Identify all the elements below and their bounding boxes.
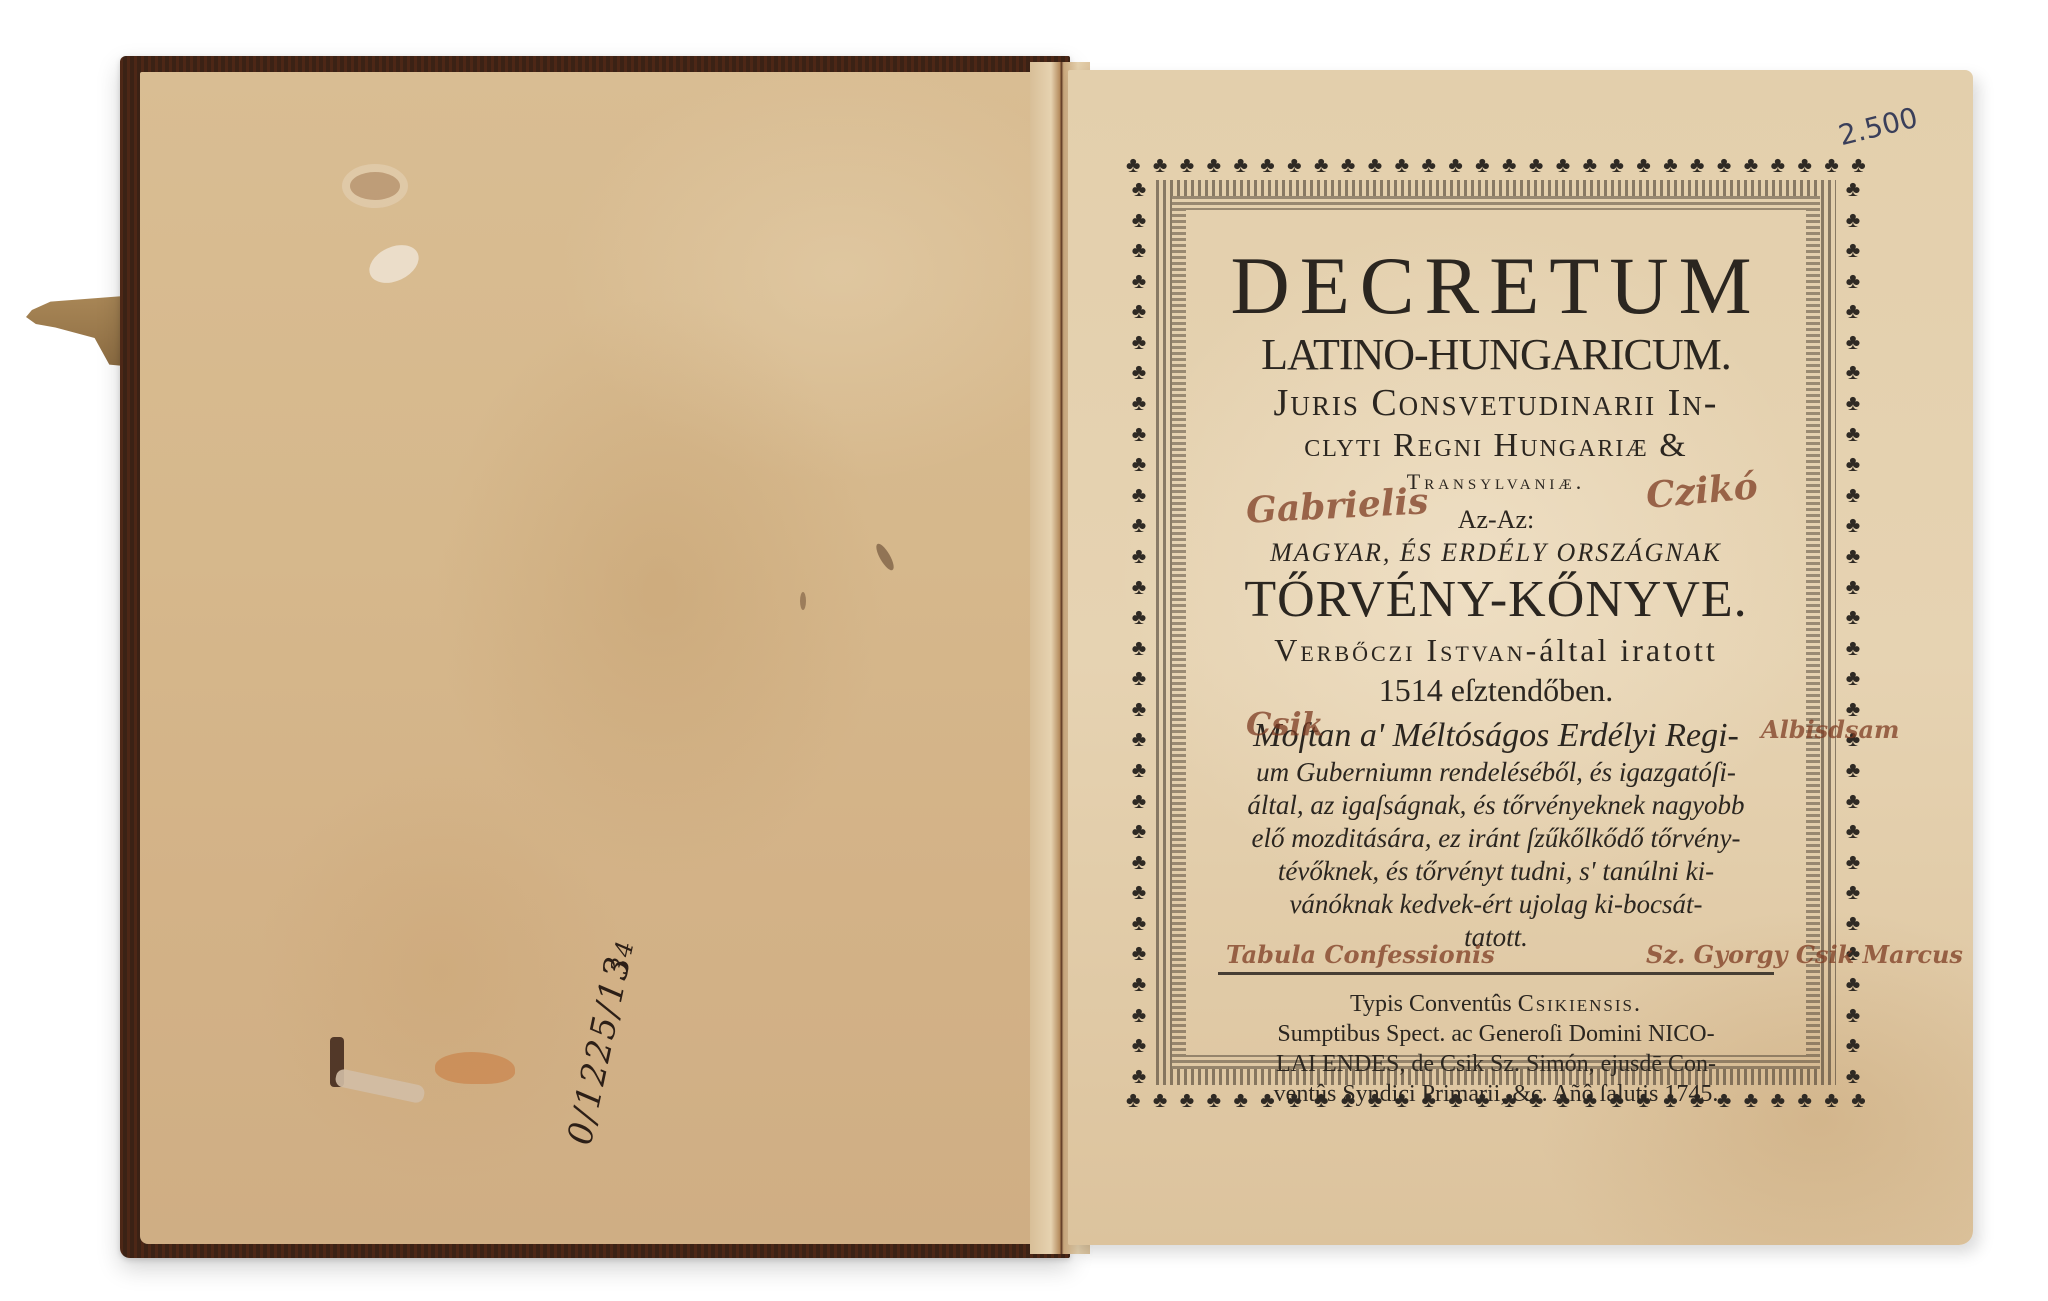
title-torveny-konyve: TŐRVÉNY-KŐNYVE. <box>1208 570 1784 630</box>
clover-ornament-icon: ♣ <box>1126 726 1152 752</box>
clover-ornament-icon: ♣ <box>1153 1085 1167 1115</box>
clover-ornament-icon: ♣ <box>1840 207 1866 233</box>
clover-ornament-icon: ♣ <box>1840 268 1866 294</box>
clover-ornament-icon: ♣ <box>1636 150 1650 180</box>
pencil-price: 2.500 <box>1835 101 1921 152</box>
stain <box>350 172 400 200</box>
clover-ornament-icon: ♣ <box>1341 150 1355 180</box>
clover-ornament-icon: ♣ <box>1556 150 1570 180</box>
clover-ornament-icon: ♣ <box>1153 150 1167 180</box>
clover-ornament-icon: ♣ <box>1840 849 1866 875</box>
clover-ornament-icon: ♣ <box>1126 298 1152 324</box>
clover-border-top: ♣♣♣♣♣♣♣♣♣♣♣♣♣♣♣♣♣♣♣♣♣♣♣♣♣♣♣♣ <box>1126 150 1866 180</box>
clover-ornament-icon: ♣ <box>1529 150 1543 180</box>
clover-ornament-icon: ♣ <box>1126 482 1152 508</box>
clover-ornament-icon: ♣ <box>1717 150 1731 180</box>
clover-ornament-icon: ♣ <box>1840 329 1866 355</box>
clover-ornament-icon: ♣ <box>1126 1085 1140 1115</box>
clover-ornament-icon: ♣ <box>1771 150 1785 180</box>
clover-ornament-icon: ♣ <box>1126 849 1152 875</box>
body-text: Moſtan a' Méltóságos Erdélyi Regi- um Gu… <box>1208 716 1784 954</box>
clover-ornament-icon: ♣ <box>1840 1032 1866 1058</box>
clover-ornament-icon: ♣ <box>1126 910 1152 936</box>
divider-rule <box>1218 972 1774 975</box>
manuscript-annotation: Csik <box>1246 705 1324 743</box>
clover-ornament-icon: ♣ <box>1395 150 1409 180</box>
clover-ornament-icon: ♣ <box>1126 788 1152 814</box>
clover-ornament-icon: ♣ <box>1840 237 1866 263</box>
stain <box>334 1068 426 1104</box>
ornamental-border: ♣♣♣♣♣♣♣♣♣♣♣♣♣♣♣♣♣♣♣♣♣♣♣♣♣♣♣♣ ♣♣♣♣♣♣♣♣♣♣♣… <box>1126 150 1866 1115</box>
clover-ornament-icon: ♣ <box>1840 176 1866 202</box>
clover-ornament-icon: ♣ <box>1824 150 1838 180</box>
title-juris: Juris Consvetudinarii In- <box>1208 380 1784 426</box>
clover-ornament-icon: ♣ <box>1840 574 1866 600</box>
clover-ornament-icon: ♣ <box>1126 390 1152 416</box>
clover-ornament-icon: ♣ <box>1126 696 1152 722</box>
clover-ornament-icon: ♣ <box>1840 543 1866 569</box>
stain <box>873 542 897 573</box>
clover-ornament-icon: ♣ <box>1207 150 1221 180</box>
clover-ornament-icon: ♣ <box>1851 1085 1865 1115</box>
clover-ornament-icon: ♣ <box>1690 150 1704 180</box>
title-author: Verbőczi Istvan-által iratott <box>1208 630 1784 670</box>
clover-ornament-icon: ♣ <box>1663 150 1677 180</box>
clover-ornament-icon: ♣ <box>1824 1085 1838 1115</box>
clover-ornament-icon: ♣ <box>1840 298 1866 324</box>
clover-ornament-icon: ♣ <box>1840 390 1866 416</box>
clover-ornament-icon: ♣ <box>1260 150 1274 180</box>
clover-ornament-icon: ♣ <box>1314 150 1328 180</box>
title-magyar: MAGYAR, ÉS ERDÉLY ORSZÁGNAK <box>1208 536 1784 570</box>
clover-ornament-icon: ♣ <box>1840 604 1866 630</box>
title-year: 1514 eſztendőben. <box>1208 670 1784 710</box>
clover-ornament-icon: ♣ <box>1475 150 1489 180</box>
clover-ornament-icon: ♣ <box>1448 150 1462 180</box>
clover-ornament-icon: ♣ <box>1126 207 1152 233</box>
clover-ornament-icon: ♣ <box>1126 665 1152 691</box>
title-page: 2.500 ♣♣♣♣♣♣♣♣♣♣♣♣♣♣♣♣♣♣♣♣♣♣♣♣♣♣♣♣ ♣♣♣♣♣… <box>1068 70 1973 1245</box>
clover-ornament-icon: ♣ <box>1797 1085 1811 1115</box>
clover-ornament-icon: ♣ <box>1421 150 1435 180</box>
clover-ornament-icon: ♣ <box>1126 1002 1152 1028</box>
clover-ornament-icon: ♣ <box>1126 940 1152 966</box>
clover-ornament-icon: ♣ <box>1126 1063 1152 1089</box>
clover-ornament-icon: ♣ <box>1287 150 1301 180</box>
clover-ornament-icon: ♣ <box>1126 604 1152 630</box>
stain <box>363 238 424 291</box>
manuscript-annotation: Albisdsam <box>1761 715 1899 744</box>
clover-ornament-icon: ♣ <box>1840 512 1866 538</box>
clover-ornament-icon: ♣ <box>1126 757 1152 783</box>
stain <box>800 592 806 610</box>
clover-ornament-icon: ♣ <box>1840 359 1866 385</box>
clover-ornament-icon: ♣ <box>1126 329 1152 355</box>
clover-ornament-icon: ♣ <box>1744 150 1758 180</box>
clover-ornament-icon: ♣ <box>1126 818 1152 844</box>
clover-ornament-icon: ♣ <box>1840 788 1866 814</box>
title-text-block: DECRETUM LATINO-HUNGARICUM. Juris Consve… <box>1208 230 1784 1035</box>
clover-ornament-icon: ♣ <box>1126 879 1152 905</box>
clover-ornament-icon: ♣ <box>1126 237 1152 263</box>
title-decretum: DECRETUM <box>1208 242 1784 330</box>
clover-ornament-icon: ♣ <box>1126 451 1152 477</box>
clover-ornament-icon: ♣ <box>1126 268 1152 294</box>
title-latino-hungaricum: LATINO-HUNGARICUM. <box>1208 330 1784 380</box>
clover-ornament-icon: ♣ <box>1840 451 1866 477</box>
clover-ornament-icon: ♣ <box>1126 635 1152 661</box>
clover-border-left: ♣♣♣♣♣♣♣♣♣♣♣♣♣♣♣♣♣♣♣♣♣♣♣♣♣♣♣♣♣♣ <box>1126 176 1152 1089</box>
clover-ornament-icon: ♣ <box>1609 150 1623 180</box>
manuscript-annotation: Tabula Confessionis <box>1226 940 1495 969</box>
clover-ornament-icon: ♣ <box>1840 1063 1866 1089</box>
clover-ornament-icon: ♣ <box>1797 150 1811 180</box>
clover-ornament-icon: ♣ <box>1126 971 1152 997</box>
clover-ornament-icon: ♣ <box>1126 512 1152 538</box>
clover-ornament-icon: ♣ <box>1840 421 1866 447</box>
clover-ornament-icon: ♣ <box>1840 1002 1866 1028</box>
clover-ornament-icon: ♣ <box>1126 176 1152 202</box>
stain <box>435 1052 515 1084</box>
manuscript-annotation: Sz. Gyorgy Csik Marcus <box>1646 940 1963 969</box>
imprint: Typis Conventûs Csikiensis. Sumptibus Sp… <box>1208 989 1784 1109</box>
clover-ornament-icon: ♣ <box>1126 574 1152 600</box>
clover-ornament-icon: ♣ <box>1840 910 1866 936</box>
clover-ornament-icon: ♣ <box>1840 971 1866 997</box>
clover-ornament-icon: ♣ <box>1180 150 1194 180</box>
clover-ornament-icon: ♣ <box>1126 1032 1152 1058</box>
clover-ornament-icon: ♣ <box>1126 543 1152 569</box>
clover-ornament-icon: ♣ <box>1840 482 1866 508</box>
clover-ornament-icon: ♣ <box>1233 150 1247 180</box>
clover-ornament-icon: ♣ <box>1368 150 1382 180</box>
leather-tab <box>26 296 124 366</box>
clover-ornament-icon: ♣ <box>1840 665 1866 691</box>
clover-ornament-icon: ♣ <box>1840 818 1866 844</box>
book-photo: 0/1225/13 34 2.500 ♣♣♣♣♣♣♣♣♣♣♣♣♣♣♣♣♣♣♣♣♣… <box>0 0 2048 1301</box>
clover-ornament-icon: ♣ <box>1840 635 1866 661</box>
clover-ornament-icon: ♣ <box>1583 150 1597 180</box>
clover-ornament-icon: ♣ <box>1840 757 1866 783</box>
title-inclyti: clyti Regni Hungariæ & <box>1208 426 1784 466</box>
clover-ornament-icon: ♣ <box>1126 359 1152 385</box>
clover-ornament-icon: ♣ <box>1840 879 1866 905</box>
clover-ornament-icon: ♣ <box>1180 1085 1194 1115</box>
clover-ornament-icon: ♣ <box>1126 421 1152 447</box>
clover-ornament-icon: ♣ <box>1502 150 1516 180</box>
